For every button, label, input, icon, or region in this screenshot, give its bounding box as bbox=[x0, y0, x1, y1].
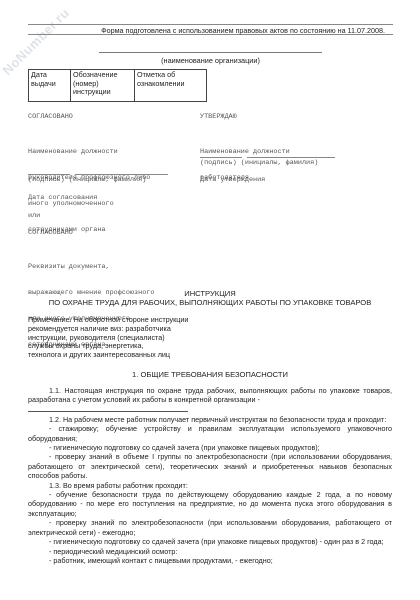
paragraph-1-1: 1.1. Настоящая инструкция по охране труд… bbox=[28, 386, 392, 405]
organization-caption: (наименование организации) bbox=[99, 56, 322, 65]
issue-table: Дата выдачи Обозначение (номер) инструкц… bbox=[28, 69, 207, 102]
employer-name-line bbox=[247, 157, 335, 158]
employer-signature-caption: (подпись) (инициалы, фамилия) bbox=[200, 159, 318, 168]
paragraph-1-3: 1.3. Во время работы работник проходит: bbox=[28, 481, 392, 490]
union-signature-line bbox=[28, 174, 70, 175]
list-item: - гигиеническую подготовку со сдачей зач… bbox=[28, 443, 392, 452]
list-item: - стажировку; обучение устройству и прав… bbox=[28, 424, 392, 443]
visa-note: Примечание. На оборотной стороне инструк… bbox=[28, 316, 228, 360]
list-item: - проверку знаний в объеме I группы по э… bbox=[28, 452, 392, 480]
document-subtitle: ПО ОХРАНЕ ТРУДА ДЛЯ РАБОЧИХ, ВЫПОЛНЯЮЩИХ… bbox=[0, 298, 420, 307]
approval-date-label: Дата утверждения bbox=[200, 176, 265, 185]
form-preparation-note: Форма подготовлена с использованием прав… bbox=[28, 24, 393, 35]
acknowledgement-header: Отметка об ознакомлении bbox=[135, 70, 207, 102]
issue-date-header: Дата выдачи bbox=[29, 70, 71, 102]
section-1-title: 1. ОБЩИЕ ТРЕБОВАНИЯ БЕЗОПАСНОСТИ bbox=[0, 370, 420, 379]
list-item: - работник, имеющий контакт с пищевыми п… bbox=[28, 556, 392, 565]
agreement-date-label: Дата согласования bbox=[28, 194, 97, 203]
or-label: или bbox=[28, 212, 40, 221]
list-item: - обучение безопасности труда по действу… bbox=[28, 490, 392, 518]
employer-signature-line bbox=[200, 157, 242, 158]
list-item: - периодический медицинский осмотр: bbox=[28, 547, 392, 556]
union-position-block: Наименование должности руководителя проф… bbox=[28, 131, 150, 243]
document-title: ИНСТРУКЦИЯ bbox=[0, 289, 420, 298]
union-signature-caption: (подпись) (инициалы, фамилия) bbox=[28, 176, 146, 185]
agreed-heading-2: СОГЛАСОВАНО bbox=[28, 229, 73, 238]
union-name-line bbox=[75, 174, 168, 175]
organization-fill-line bbox=[28, 405, 188, 412]
watermark: NoNumber.ru bbox=[0, 5, 72, 78]
agreed-heading: СОГЛАСОВАНО bbox=[28, 113, 73, 122]
paragraph-1-2: 1.2. На рабочем месте работник получает … bbox=[28, 415, 392, 424]
section-1-body: 1.1. Настоящая инструкция по охране труд… bbox=[28, 386, 392, 565]
approve-heading: УТВЕРЖДАЮ bbox=[200, 113, 237, 122]
list-item: - проверку знаний по электробезопасности… bbox=[28, 518, 392, 537]
organization-name-line bbox=[99, 52, 322, 53]
list-item: - гигиеническую подготовку со сдачей зач… bbox=[28, 537, 392, 546]
instruction-number-header: Обозначение (номер) инструкции bbox=[71, 70, 135, 102]
